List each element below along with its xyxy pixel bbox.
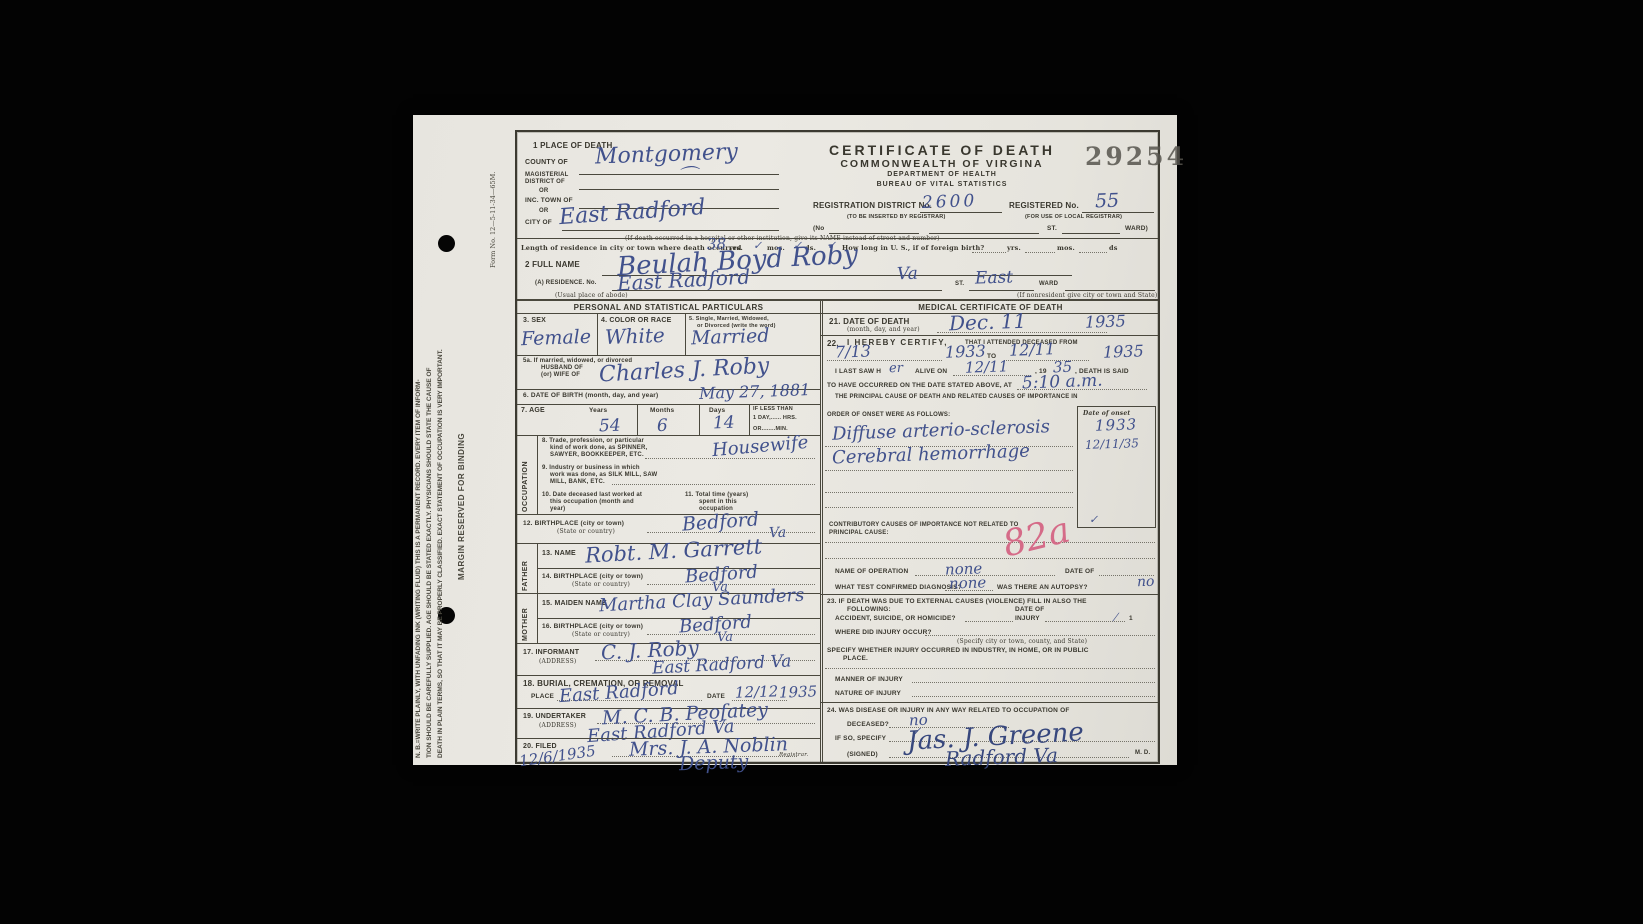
registered-no-label: REGISTERED No. <box>1009 201 1079 211</box>
external-label2: FOLLOWING: <box>847 606 891 614</box>
ward-label: WARD) <box>1125 225 1148 233</box>
dob-label: 6. DATE OF BIRTH (month, day, and year) <box>523 392 658 400</box>
date-of-death-sub: (month, day, and year) <box>847 326 920 333</box>
registrar-note-2: (FOR USE OF LOCAL REGISTRAR) <box>1025 214 1122 221</box>
certificate-border-box: 1 PLACE OF DEATH COUNTY OF Montgomery ⌒ … <box>515 130 1160 764</box>
age-days-value: 14 <box>713 415 735 433</box>
certify-from-value: 7/13 <box>835 343 871 360</box>
undertaker-sub: (ADDRESS) <box>539 722 576 729</box>
injury-tick: ⁄ <box>1115 612 1117 623</box>
test-label: WHAT TEST CONFIRMED DIAGNOSIS? <box>835 584 962 592</box>
yrs2-label: yrs. <box>1007 245 1021 253</box>
manner-injury-label: MANNER OF INJURY <box>835 676 903 684</box>
nature-injury-label: NATURE OF INJURY <box>835 690 901 698</box>
onset-checkmark: ✓ <box>1089 514 1099 525</box>
burial-date-label: DATE <box>707 693 725 701</box>
time-of-death-value: 5:10 a.m. <box>1022 373 1103 393</box>
occupation-question-label1: 24. WAS DISEASE OR INJURY IN ANY WAY REL… <box>827 707 1070 715</box>
ds2-label: ds <box>1109 245 1118 253</box>
principal-cause-label1: THE PRINCIPAL CAUSE OF DEATH AND RELATED… <box>835 394 1078 401</box>
contributory-label2: PRINCIPAL CAUSE: <box>829 530 889 537</box>
onset-value-2: 12/11/35 <box>1085 437 1139 451</box>
residence-st-value: East <box>975 269 1014 287</box>
undertaker-label: 19. UNDERTAKER <box>523 713 586 721</box>
age-less-label2: 1 DAY,...... HRS. <box>753 415 797 422</box>
informant-sub: (ADDRESS) <box>539 658 576 665</box>
informant-label: 17. INFORMANT <box>523 649 579 657</box>
trade-label3: SAWYER, BOOKKEEPER, ETC. <box>550 452 644 459</box>
bureau-line: BUREAU OF VITAL STATISTICS <box>772 181 1112 189</box>
age-years-value: 54 <box>599 418 621 436</box>
mother-bp-label: 16. BIRTHPLACE (city or town) <box>542 623 643 631</box>
where-injury-label: WHERE DID INJURY OCCUR? <box>835 629 932 637</box>
margin-note-line1: N. B.=WRITE PLAINLY, WITH UNFADING INK (… <box>415 133 422 758</box>
registration-district-value: 2600 <box>922 193 978 212</box>
specify-label1: SPECIFY WHETHER INJURY OCCURRED IN INDUS… <box>827 647 1089 655</box>
birthplace-label: 12. BIRTHPLACE (city or town) <box>523 520 624 528</box>
contributory-label1: CONTRIBUTORY CAUSES OF IMPORTANCE NOT RE… <box>829 522 1019 529</box>
md-label: M. D. <box>1135 750 1150 757</box>
test-value: none <box>949 575 987 591</box>
form-number: Form No. 12—5-11-34—65M. <box>489 123 497 268</box>
certify-to-value: 12/11 <box>1009 341 1056 359</box>
department-line: DEPARTMENT OF HEALTH <box>772 171 1112 179</box>
dob-value: May 27, 1881 <box>699 382 811 402</box>
last-saw-label2: ALIVE ON <box>915 368 947 376</box>
principal-cause-label2: ORDER OF ONSET WERE AS FOLLOWS: <box>827 412 950 419</box>
signed-label: (SIGNED) <box>847 751 878 759</box>
occupation-side-label: OCCUPATION <box>522 438 529 512</box>
autopsy-value: no <box>1137 575 1155 590</box>
autopsy-label: WAS THERE AN AUTOPSY? <box>997 584 1088 592</box>
residence-state: Va <box>897 266 918 284</box>
margin-note-line3: DEATH IN PLAIN TERMS, SO THAT IT MAY BE … <box>437 133 444 758</box>
mother-bp-value: Bedford <box>678 613 752 636</box>
burial-year-value: 1935 <box>779 684 818 700</box>
residence-st-label: ST. <box>955 281 964 288</box>
mother-bp-sub: (State or country) <box>572 631 630 638</box>
operation-label: NAME OF OPERATION <box>835 568 908 576</box>
occurred-label: TO HAVE OCCURRED ON THE DATE STATED ABOV… <box>827 382 1012 390</box>
last-saw-her: er <box>889 362 903 375</box>
age-label: 7. AGE <box>521 407 545 415</box>
injury-tail: 1 <box>1129 615 1133 623</box>
specify-label2: PLACE. <box>843 655 868 663</box>
certify-to-year: 1935 <box>1103 343 1144 360</box>
burial-place-label: PLACE <box>531 693 554 701</box>
margin-binding-note: MARGIN RESERVED FOR BINDING <box>457 320 466 580</box>
st-label: ST. <box>1047 225 1057 233</box>
injury-label: INJURY <box>1015 615 1040 623</box>
age-months-header: Months <box>650 407 674 415</box>
father-name-label: 13. NAME <box>542 550 576 558</box>
mother-side-label: MOTHER <box>522 596 529 641</box>
age-years-header: Years <box>589 407 607 415</box>
registrar-note-1: (TO BE INSERTED BY REGISTRAR) <box>847 214 946 221</box>
city-label: CITY OF <box>525 219 552 227</box>
cause-of-death-2: Cerebral hemorrhage <box>832 443 1030 468</box>
red-pencil-mark: 82a <box>1000 512 1074 563</box>
onset-value-1: 1933 <box>1095 417 1138 433</box>
street-no-label: (No <box>813 225 824 233</box>
mother-name-label: 15. MAIDEN NAME <box>542 600 607 608</box>
left-section-header: PERSONAL AND STATISTICAL PARTICULARS <box>517 303 820 313</box>
magisterial-label2: DISTRICT OF <box>525 179 565 186</box>
commonwealth-subtitle: COMMONWEALTH OF VIRGINA <box>772 158 1112 171</box>
accident-label: ACCIDENT, SUICIDE, OR HOMICIDE? <box>835 615 956 623</box>
registrar-printed-label: Registrar. <box>779 752 808 759</box>
father-bp-label: 14. BIRTHPLACE (city or town) <box>542 573 643 581</box>
county-label: COUNTY OF <box>525 159 568 167</box>
date-of-death-value: Dec. 11 <box>949 311 1027 334</box>
external-dateof-label: DATE OF <box>1015 606 1044 614</box>
full-name-label: 2 FULL NAME <box>525 260 580 270</box>
birthplace-sub: (State or country) <box>557 528 615 535</box>
city-value: East Radford <box>558 197 706 229</box>
registration-district-label: REGISTRATION DISTRICT No. <box>813 201 932 211</box>
date-of-death-year: 1935 <box>1085 313 1126 330</box>
trade-value: Housewife <box>711 434 809 460</box>
county-value: Montgomery <box>595 142 739 169</box>
mos2-label: mos. <box>1057 245 1075 253</box>
registered-no-value: 55 <box>1095 192 1120 212</box>
or-label-2: OR <box>539 208 548 215</box>
residence-value: East Radford <box>617 267 751 294</box>
how-long-us-label: How long in U. S., if of foreign birth? <box>842 245 984 253</box>
residence-ward-label: WARD <box>1039 281 1058 288</box>
filed-deputy-value: Deputy <box>679 753 749 774</box>
husband-label3: (or) WIFE OF <box>541 372 580 379</box>
external-label1: 23. IF DEATH WAS DUE TO EXTERNAL CAUSES … <box>827 598 1087 606</box>
operation-date-label: DATE OF <box>1065 568 1094 576</box>
if-so-specify-label: IF SO, SPECIFY <box>835 735 886 743</box>
last-saw-date: 12/11 <box>965 359 1009 375</box>
age-months-value: 6 <box>657 418 668 435</box>
certificate-title: CERTIFICATE OF DEATH <box>772 142 1112 159</box>
father-side-label: FATHER <box>522 546 529 591</box>
residence-label: (A) RESIDENCE. No. <box>535 280 597 287</box>
industry-label3: MILL, BANK, ETC. <box>550 479 605 486</box>
certificate-paper: N. B.=WRITE PLAINLY, WITH UNFADING INK (… <box>413 115 1177 765</box>
sex-value: Female <box>521 328 592 349</box>
physician-address-value: Radford Va <box>945 745 1059 769</box>
occupation-question-label2: DECEASED? <box>847 721 889 729</box>
mother-name-value: Martha Clay Saunders <box>599 587 805 616</box>
age-less-label3: OR........MIN. <box>753 426 788 433</box>
marital-label1: 5. Single, Married, Widowed, <box>689 316 769 323</box>
birthplace-value: Bedford <box>681 510 759 534</box>
informant-address: East Radford Va <box>652 653 792 677</box>
sex-label: 3. SEX <box>523 317 546 325</box>
last-saw-label1: I LAST SAW H <box>835 368 881 376</box>
birthplace-state: Va <box>769 526 787 541</box>
father-bp-sub: (State or country) <box>572 581 630 588</box>
age-less-label1: IF LESS THAN <box>753 406 793 413</box>
marital-value: Married <box>691 327 770 349</box>
where-injury-sub: (Specify city or town, county, and State… <box>957 638 1087 645</box>
certificate-stamp-number: 29254 <box>1085 142 1187 171</box>
county-flourish: ⌒ <box>677 166 698 187</box>
margin-note-line2: TION SHOULD BE CAREFULLY SUPPLIED. AGE S… <box>426 133 433 758</box>
lastwork-label3: year) <box>550 506 565 513</box>
or-label-1: OR <box>539 188 548 195</box>
screenshot-stage: N. B.=WRITE PLAINLY, WITH UNFADING INK (… <box>0 0 1643 924</box>
color-race-value: White <box>605 325 665 347</box>
